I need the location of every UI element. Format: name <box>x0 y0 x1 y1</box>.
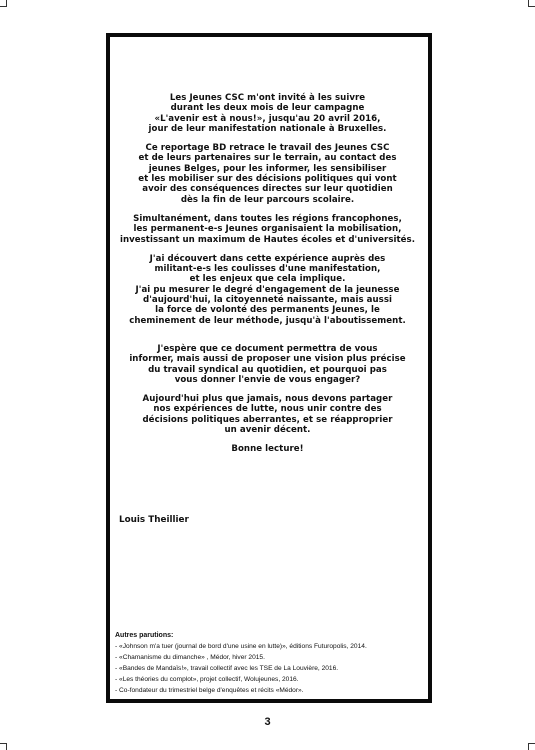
other-publications: Autres parutions: - «Johnson m'a tuer (j… <box>115 630 367 697</box>
paragraph: Les Jeunes CSC m'ont invité à les suivre… <box>0 93 535 134</box>
list-item: - «Chamanisme du dimanche» , Médor, hive… <box>115 652 367 663</box>
author-signature: Louis Theillier <box>119 515 189 525</box>
list-item: - «Johnson m'a tuer (journal de bord d'u… <box>115 641 367 652</box>
list-item: - «Les théories du complot», projet coll… <box>115 674 367 685</box>
paragraph: Simultanément, dans toutes les régions f… <box>0 214 535 245</box>
crop-mark-top-left <box>0 0 7 7</box>
crop-mark-top-right <box>528 0 535 7</box>
paragraph: Aujourd'hui plus que jamais, nous devons… <box>0 394 535 435</box>
paragraph: J'ai découvert dans cette expérience aup… <box>0 254 535 326</box>
list-item: - Co-fondateur du trimestriel belge d'en… <box>115 685 367 696</box>
paragraph: Ce reportage BD retrace le travail des J… <box>0 143 535 205</box>
crop-mark-bottom-right <box>528 743 535 750</box>
list-item: - «Bandes de Mandaïs!», travail collecti… <box>115 663 367 674</box>
other-publications-title: Autres parutions: <box>115 630 367 641</box>
closing-line: Bonne lecture! <box>0 444 535 454</box>
publications-list: - «Johnson m'a tuer (journal de bord d'u… <box>115 641 367 696</box>
crop-mark-bottom-left <box>0 743 7 750</box>
page-number: 3 <box>0 716 535 728</box>
paragraph: J'espère que ce document permettra de vo… <box>0 344 535 385</box>
foreword-text: Les Jeunes CSC m'ont invité à les suivre… <box>0 93 535 464</box>
